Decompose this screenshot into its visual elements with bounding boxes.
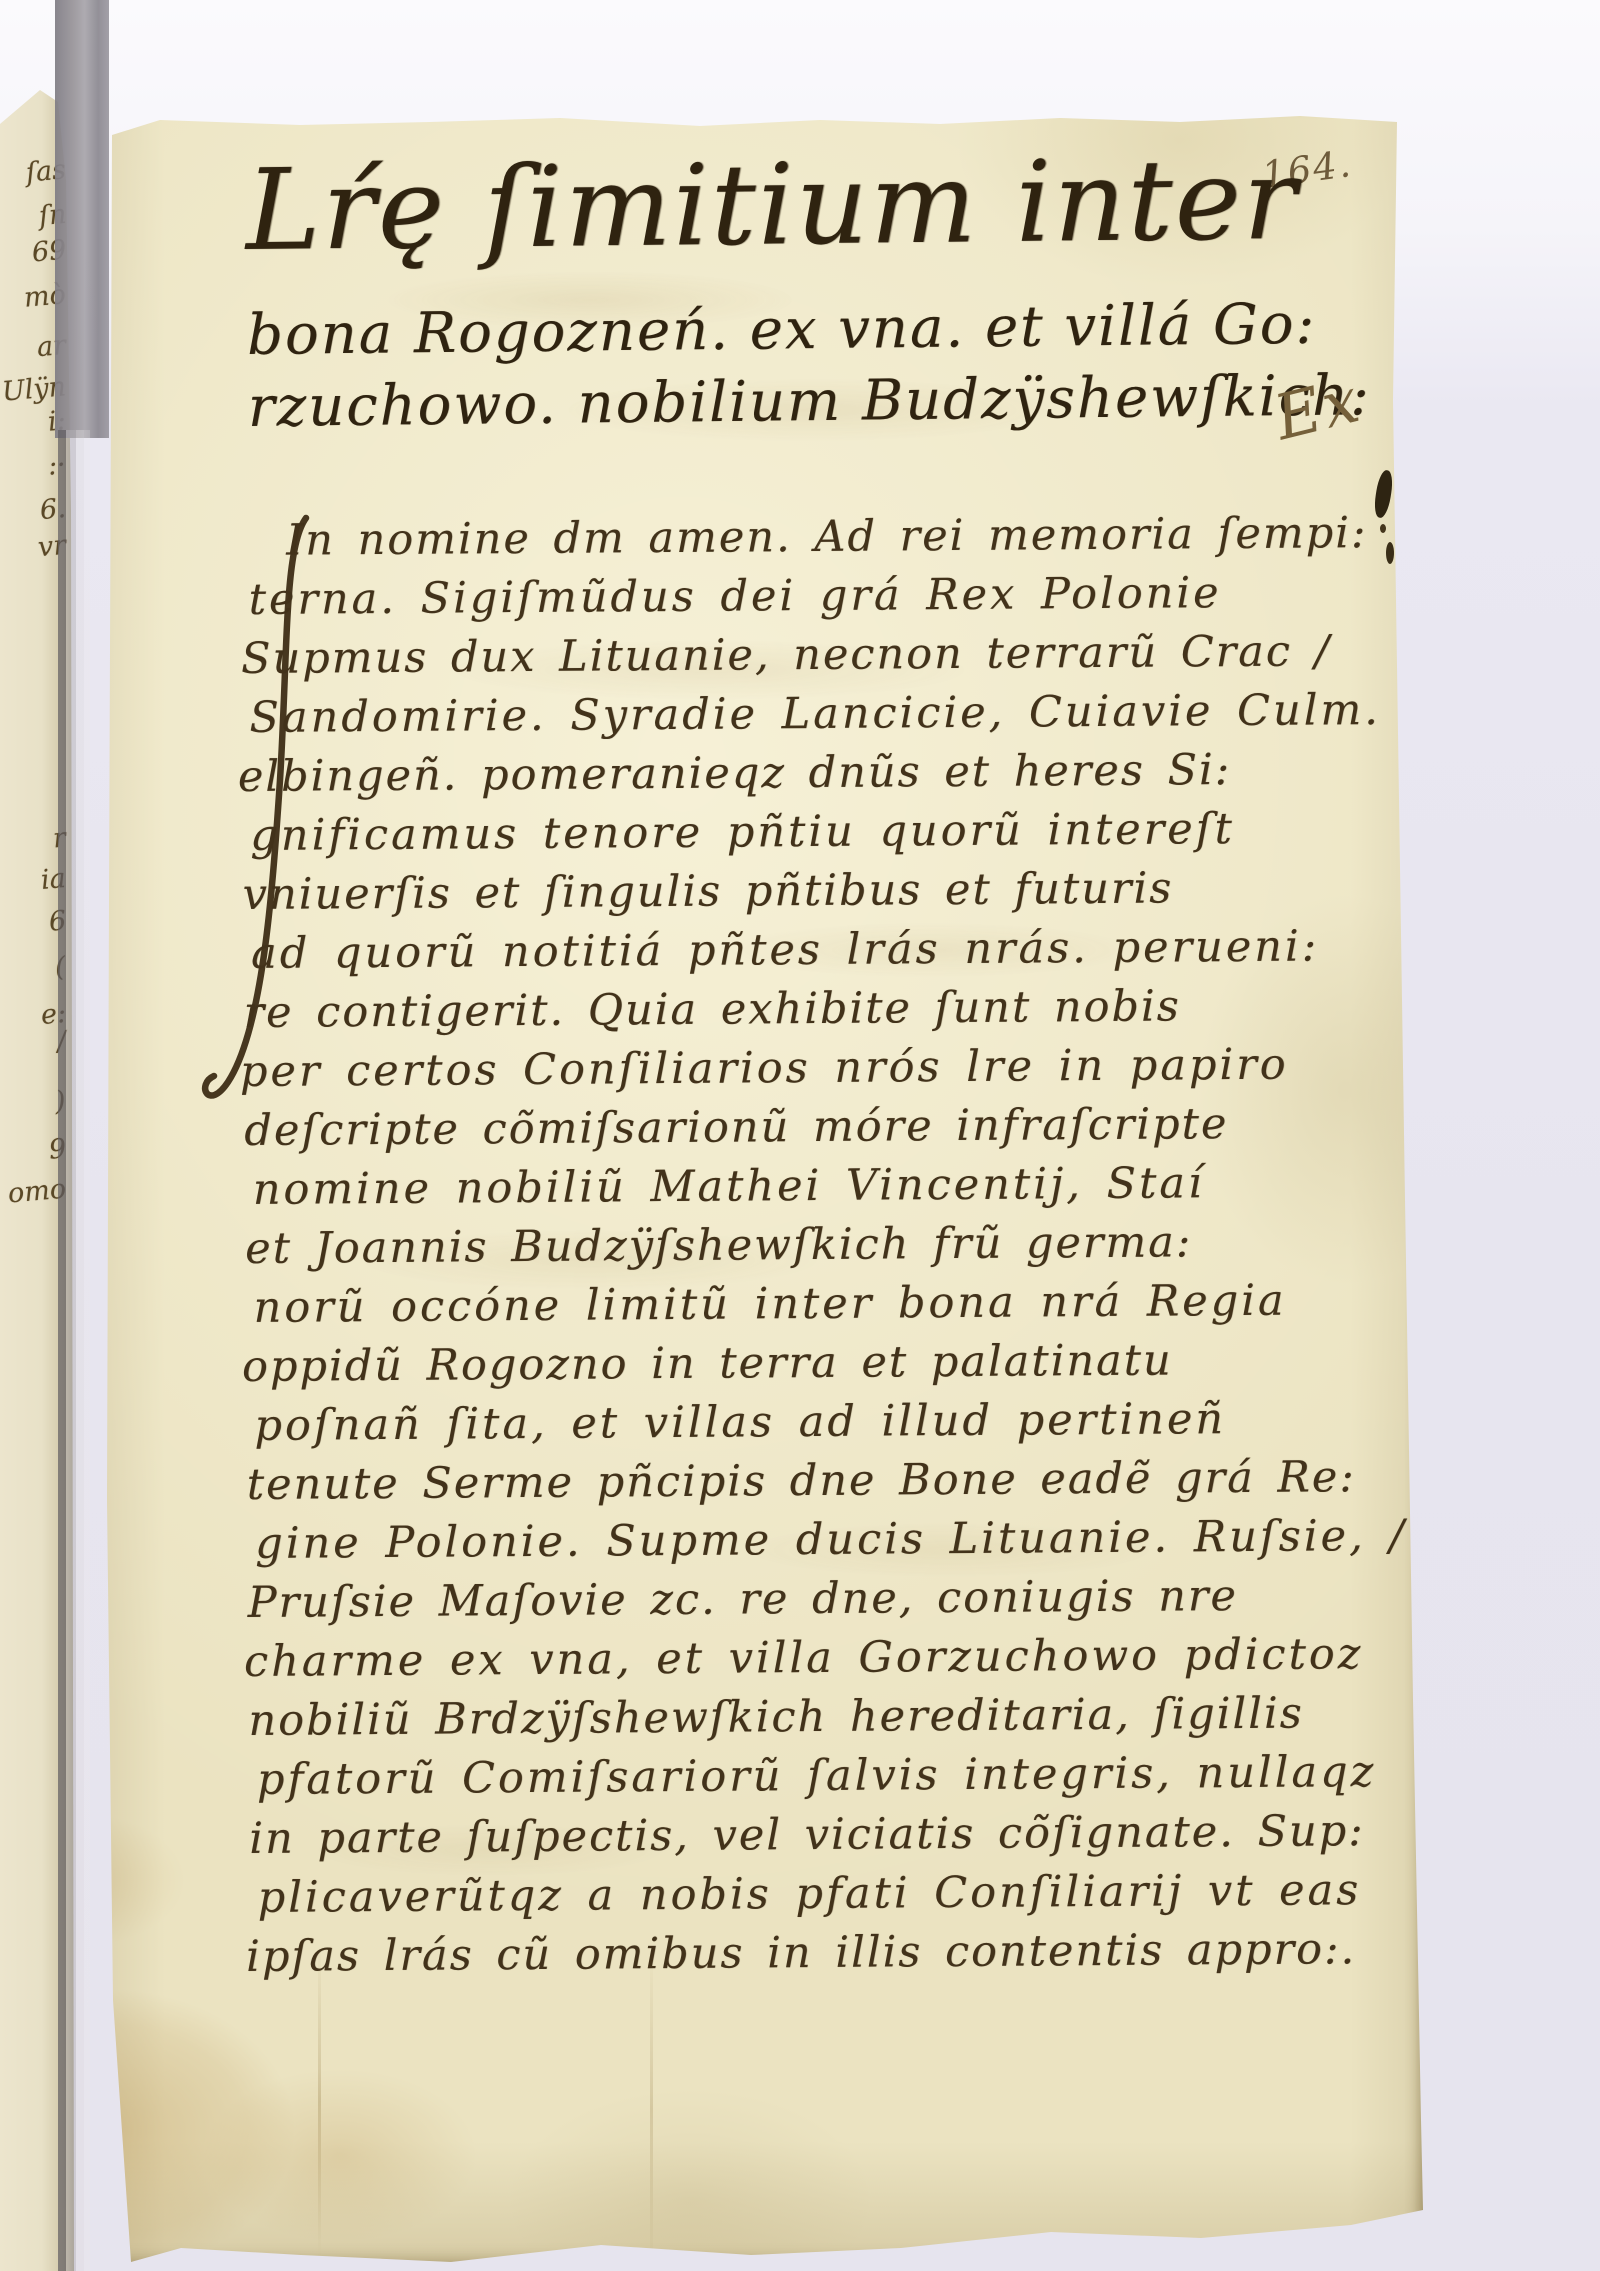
manuscript-line: gnificamus tenore pñtiu quorũ intereſt [250,799,1452,866]
manuscript-line: nomine nobiliũ Mathei Vincentij, Staí [253,1153,1455,1220]
manuscript-line: gine Polonie. Supme ducis Lituanie. Ruſs… [255,1507,1457,1574]
manuscript-line: ad quorũ notitiá pñtes lrás nrás. peruen… [251,917,1453,984]
manuscript-line: elbingeñ. pomeranieqz dnũs et heres Si: [238,740,1452,807]
page-crease [318,1945,321,2257]
heading-line-1: Lŕę ſimitium inter [245,124,1370,286]
manuscript-line: in parte ſuſpectis, vel viciatis cõſigna… [249,1802,1459,1869]
manuscript-line: terna. Sigiſmũdus dei grá Rex Polonie [248,563,1450,630]
manuscript-line: poſnañ ſita, et villas ad illud pertineñ [254,1389,1456,1456]
manuscript-line: per certos Conſiliarios nrós lre in papi… [240,1035,1454,1102]
manuscript-line: nobiliũ Brdzÿſshewſkich hereditaria, ſig… [248,1684,1458,1751]
glass-edge-strip [58,430,90,2271]
book-clamp-strip [55,0,109,438]
manuscript-line: plicaverũtqz a nobis pfati Conſiliarij v… [257,1861,1459,1928]
scan-viewport: ſas ſn 69 mò ar Ulÿn i: :· 6. vr r ia 6 … [0,0,1600,2271]
manuscript-page: 164. Lŕę ſimitium inter bona Rogozneń. e… [70,50,1430,2271]
ink-blot [1386,542,1394,564]
manuscript-line: et Joannis Budzÿſshewſkich frũ germa: [245,1212,1455,1279]
manuscript-line: tenute Serme pñcipis dne Bone eadẽ grá R… [247,1448,1457,1515]
manuscript-line: re contigerit. Quia exhibite ſunt nobis [243,976,1453,1043]
manuscript-line: ipſas lrás cũ omibus in illis contentis … [246,1920,1460,1987]
ink-blot [1380,524,1386,533]
manuscript-line: vniuerſis et ſingulis pñtibus et futuris [242,858,1452,925]
manuscript-line: pfatorũ Comiſsariorũ ſalvis integris, nu… [257,1743,1459,1810]
manuscript-line: charme ex vna, et villa Gorzuchowo pdict… [244,1625,1458,1692]
manuscript-line: oppidũ Rogozno in terra et palatinatu [242,1330,1456,1397]
manuscript-line: Supmus dux Lituanie, necnon terrarũ Crac… [241,622,1451,689]
heading-line-3: rzuchowo. nobilium Budzÿshewſkich: [247,360,1371,444]
manuscript-body: In nomine dm amen. Ad rei memoria ſempi:… [240,504,1460,1987]
manuscript-line: Sandomirie. Syradie Lancicie, Cuiavie Cu… [249,681,1451,748]
heading-block: Lŕę ſimitium inter bona Rogozneń. ex vna… [245,124,1371,444]
manuscript-line: Pruſsie Maſovie zc. re dne, coniugis nre [247,1566,1457,1633]
manuscript-line: In nomine dm amen. Ad rei memoria ſempi: [240,504,1450,571]
page-crease [650,1950,653,2268]
manuscript-line: norũ occóne limitũ inter bona nrá Regia [253,1271,1455,1338]
manuscript-line: deſcripte cõmiſsarionũ móre infraſcripte [244,1094,1454,1161]
heading-line-2: bona Rogozneń. ex vna. et villá Go: [247,288,1371,372]
